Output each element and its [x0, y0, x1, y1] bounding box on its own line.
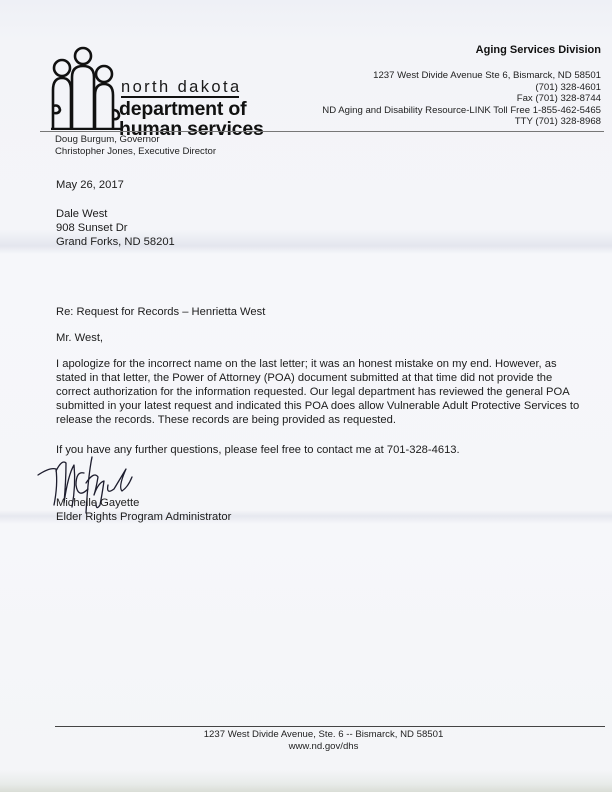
division-title: Aging Services Division	[476, 44, 601, 56]
letter-date: May 26, 2017	[56, 178, 124, 192]
paragraph-line: stated in that letter, the Power of Atto…	[56, 371, 596, 385]
paragraph-line: I apologize for the incorrect name on th…	[56, 357, 596, 371]
contact-address: 1237 West Divide Avenue Ste 6, Bismarck,…	[322, 70, 601, 82]
subject-line: Re: Request for Records – Henrietta West	[56, 305, 265, 319]
official-governor: Doug Burgum, Governor	[55, 134, 216, 146]
family-figures-icon	[48, 46, 122, 130]
contact-fax: Fax (701) 328-8744	[322, 93, 601, 105]
recipient-street: 908 Sunset Dr	[56, 221, 175, 235]
footer-website: www.nd.gov/dhs	[0, 741, 612, 753]
official-director: Christopher Jones, Executive Director	[55, 146, 216, 158]
footer-divider	[55, 726, 605, 727]
paragraph-line: submitted in your latest request and ind…	[56, 399, 596, 413]
footer-block: 1237 West Divide Avenue, Ste. 6 -- Bisma…	[0, 729, 612, 753]
officials-block: Doug Burgum, Governor Christopher Jones,…	[55, 134, 216, 158]
salutation: Mr. West,	[56, 331, 103, 345]
recipient-city: Grand Forks, ND 58201	[56, 235, 175, 249]
footer-address: 1237 West Divide Avenue, Ste. 6 -- Bisma…	[0, 729, 612, 741]
body-paragraph: I apologize for the incorrect name on th…	[56, 357, 596, 427]
org-name: department of human services	[119, 99, 264, 139]
paragraph-line: correct authorization for the informatio…	[56, 385, 596, 399]
recipient-block: Dale West 908 Sunset Dr Grand Forks, ND …	[56, 207, 175, 249]
letter-page: north dakota department of human service…	[0, 0, 612, 792]
signer-title: Elder Rights Program Administrator	[56, 510, 231, 524]
contact-tollfree: ND Aging and Disability Resource-LINK To…	[322, 105, 601, 117]
contact-tty: TTY (701) 328-8968	[322, 116, 601, 128]
header-divider	[40, 131, 604, 132]
org-state-label: north dakota	[121, 79, 242, 96]
contact-block: 1237 West Divide Avenue Ste 6, Bismarck,…	[322, 70, 601, 128]
contact-phone: (701) 328-4601	[322, 82, 601, 94]
org-name-line1: department of	[119, 99, 264, 119]
signer-block: Michelle Gayette Elder Rights Program Ad…	[56, 496, 231, 524]
recipient-name: Dale West	[56, 207, 175, 221]
signer-name: Michelle Gayette	[56, 496, 231, 510]
paragraph-line: release the records. These records are b…	[56, 413, 596, 427]
